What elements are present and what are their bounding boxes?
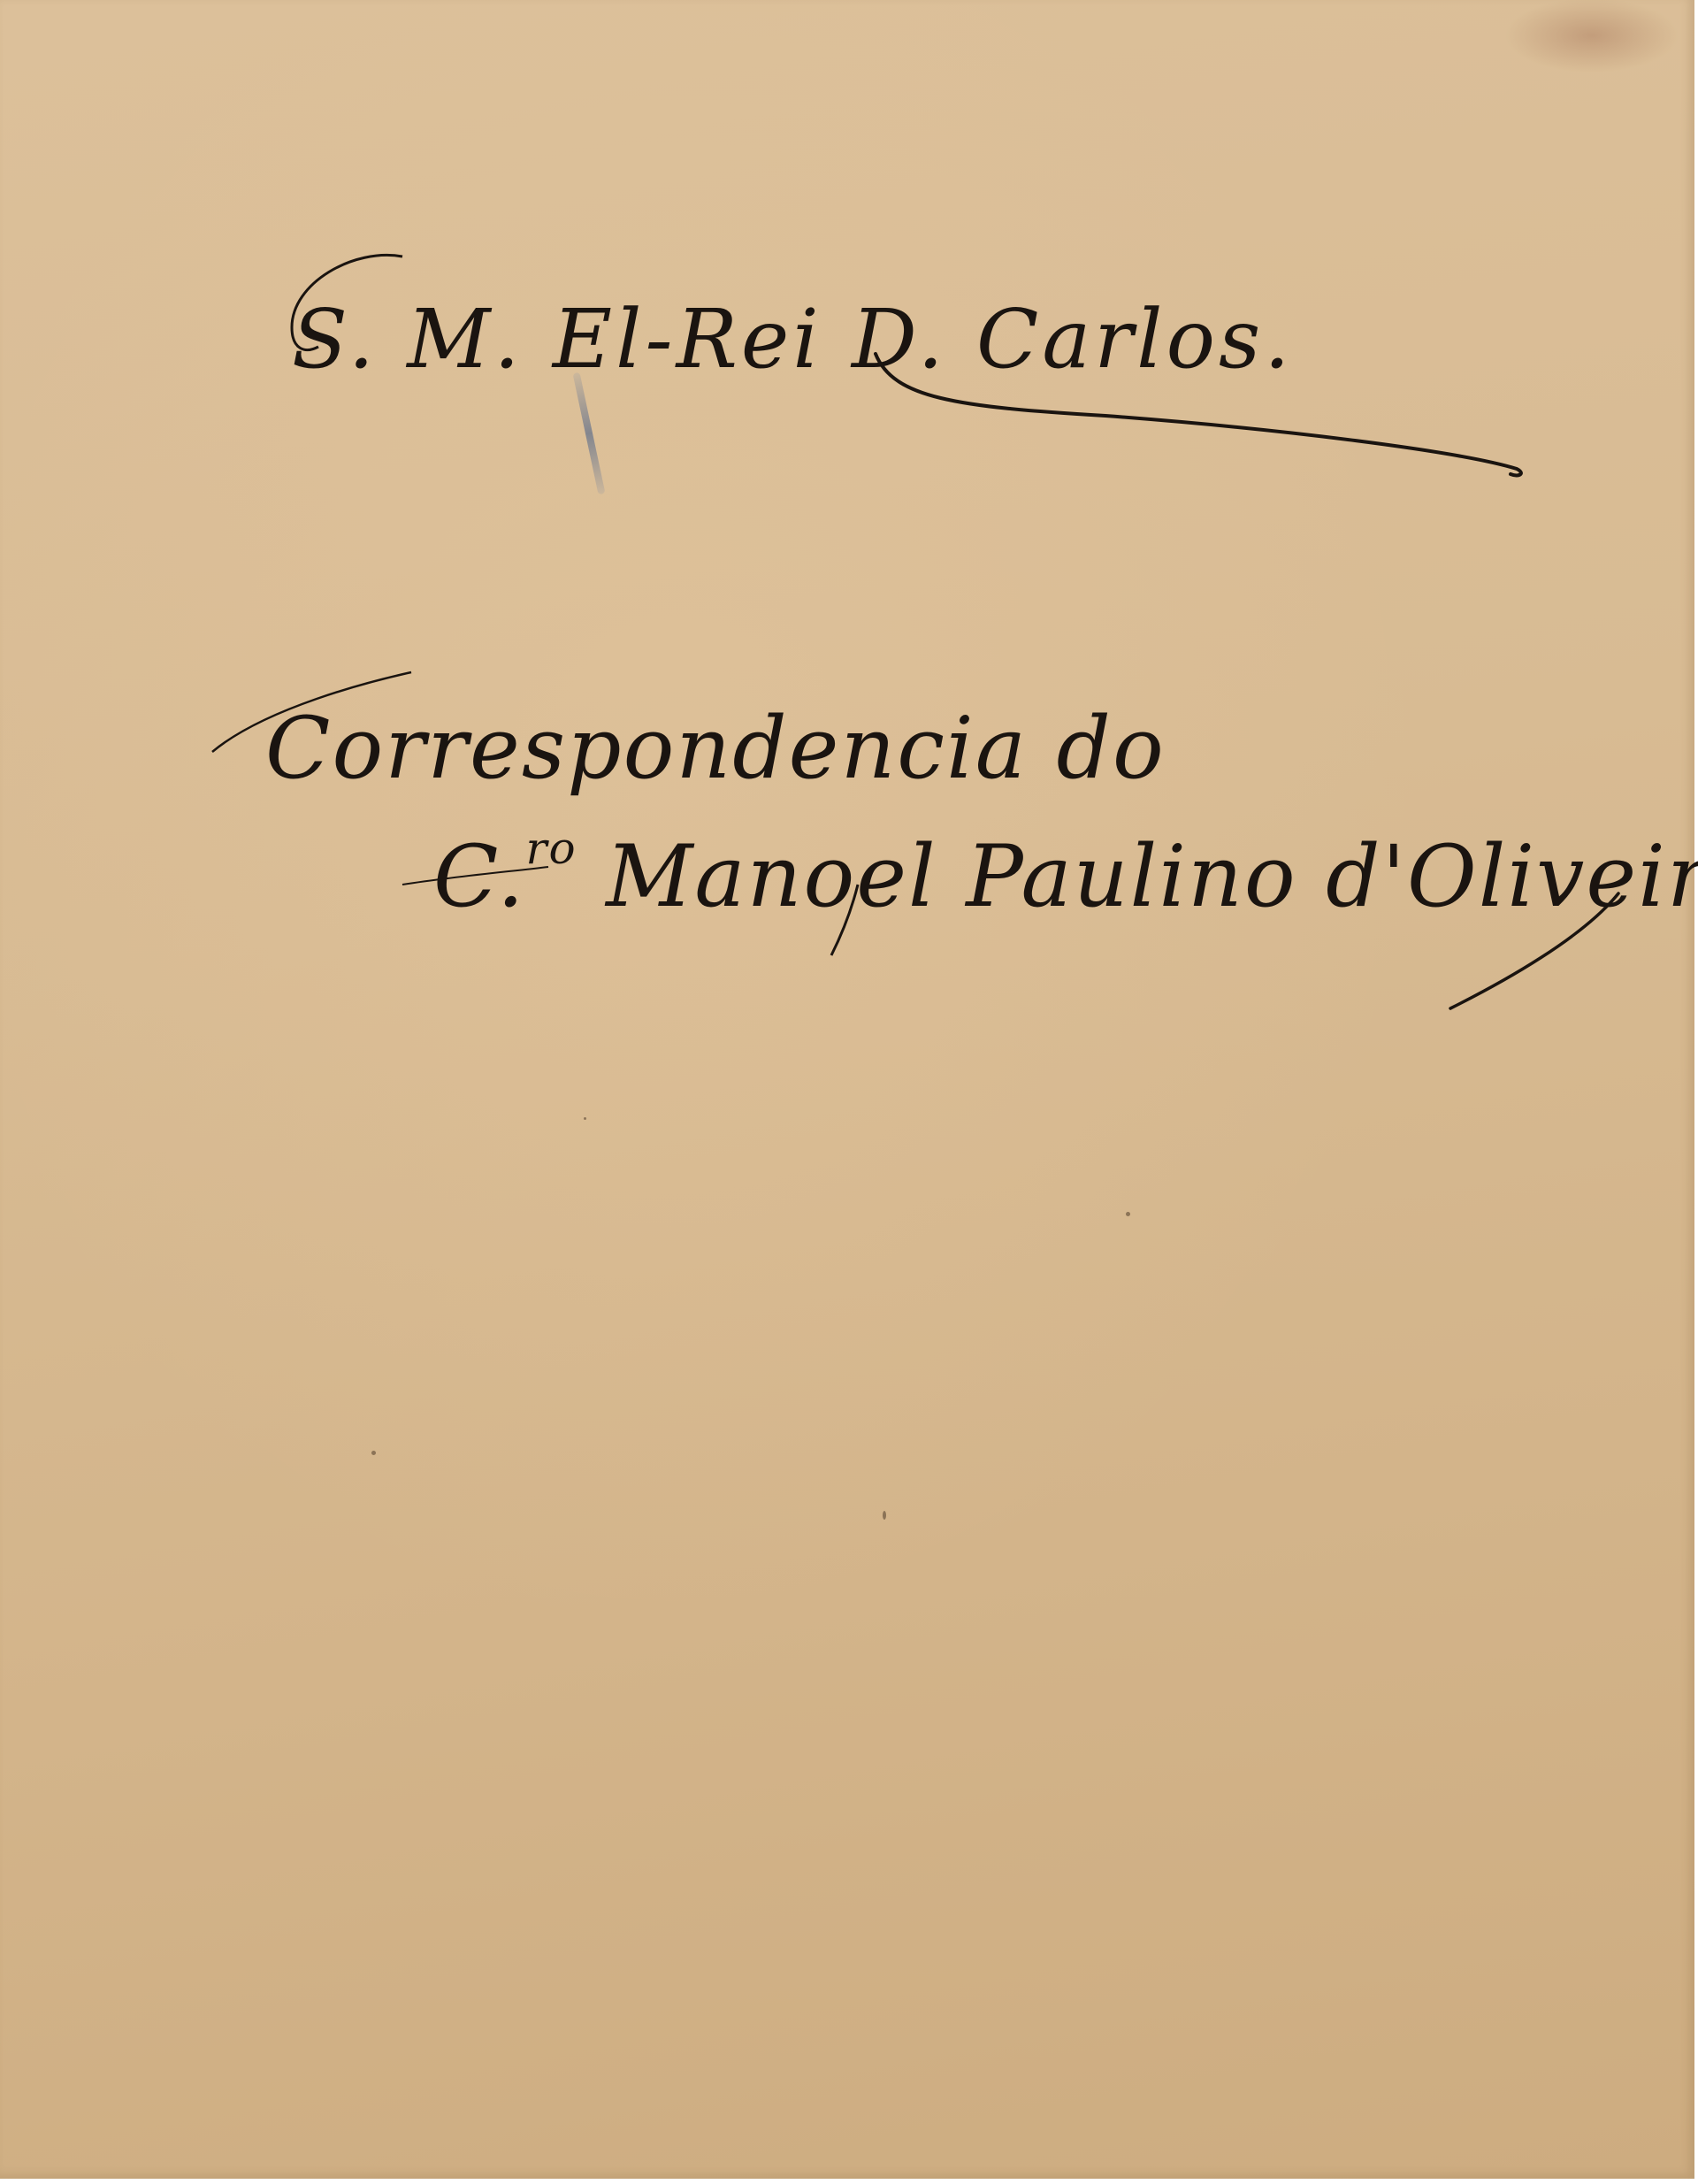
title-sender-name: C.ro Manoel Paulino d'Oliveira xyxy=(433,823,1698,926)
heading-king-name: S. M. El-Rei D. Carlos. xyxy=(292,292,1293,387)
pencil-mark xyxy=(573,372,606,495)
title-name: Manoel Paulino d'Oliveira xyxy=(606,827,1698,926)
paper-speck xyxy=(883,1511,886,1520)
title-prefix: C. xyxy=(433,827,526,926)
paper-speck xyxy=(371,1451,376,1455)
title-superscript: ro xyxy=(526,823,577,874)
paper-sheet: S. M. El-Rei D. Carlos. Correspondencia … xyxy=(0,0,1694,2179)
title-correspondence: Correspondencia do xyxy=(265,699,1166,798)
paper-speck xyxy=(584,1117,586,1120)
paper-speck xyxy=(1126,1212,1130,1216)
